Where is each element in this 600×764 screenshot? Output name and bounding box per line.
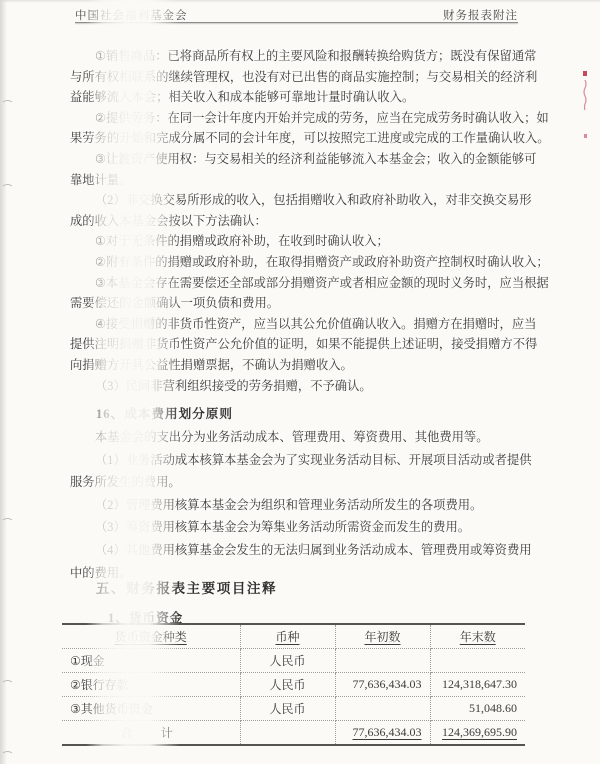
doc-title: 财务报表附注 — [443, 7, 518, 23]
text-line: ④接受捐赠的非货币性资产，应当以其公允价值确认收入。捐赠方在捐赠时，应当 — [70, 314, 560, 335]
scanned-financial-notes-page: 中国社会福利基金会 财务报表附注 ①销售商品：已将商品所有权上的主要风险和报酬转… — [0, 0, 600, 764]
table-row: ①现金 人民币 — [62, 649, 525, 673]
paper-curl-mark — [1, 184, 14, 194]
text-line: （3）筹资费用核算本基金会为筹集业务活动所需资金而发生的费用。 — [70, 516, 560, 539]
revenue-recognition-paragraphs: ①销售商品：已将商品所有权上的主要风险和报酬转换给购货方；既没有保留通常 与所有… — [70, 46, 560, 396]
table-header-row: 货币资金种类 币种 年初数 年末数 — [62, 624, 525, 649]
text-line: 益能够流入本会；相关收入和成本能够可靠地计量时确认收入。 — [70, 87, 560, 108]
table-row: ②银行存款 人民币 77,636,434.03 124,318,647.30 — [62, 673, 525, 697]
monetary-funds-table: 货币资金种类 币种 年初数 年末数 ①现金 人民币 ②银行存款 人民币 77,6… — [62, 623, 525, 746]
red-margin-annotation — [579, 70, 591, 145]
col-header-year-end: 年末数 — [460, 630, 496, 644]
cost-expense-paragraphs: 本基金会的支出分为业务活动成本、管理费用、筹资费用、其他费用等。 （1）业务活动… — [70, 426, 560, 584]
scan-left-edge — [0, 0, 7, 764]
cell-end: 51,048.60 — [430, 697, 525, 721]
cell-kind: ③其他货币资金 — [62, 697, 240, 721]
paper-curl-mark — [1, 100, 14, 110]
text-line: （2）管理费用核算本基金会为组织和管理业务活动所发生的各项费用。 — [70, 494, 560, 517]
table-total-row: 合 计 77,636,434.03 124,369,695.90 — [62, 721, 525, 746]
text-line: 与所有权相联系的继续管理权，也没有对已出售的商品实施控制；与交易相关的经济利 — [70, 67, 560, 88]
paper-curl-mark — [1, 518, 14, 528]
text-line: ①销售商品：已将商品所有权上的主要风险和报酬转换给购货方；既没有保留通常 — [70, 46, 560, 67]
cell-begin — [335, 697, 430, 721]
cell-total-begin: 77,636,434.03 — [353, 725, 422, 739]
scan-top-edge — [0, 0, 600, 3]
text-line: 向捐赠方开具公益性捐赠票据，不确认为捐赠收入。 — [70, 355, 560, 376]
table-row: ③其他货币资金 人民币 51,048.60 — [62, 697, 525, 721]
text-line: 成的收入本基金会按以下方法确认： — [70, 211, 560, 232]
text-line: 提供注明捐赠非货币性资产公允价值的证明，如果不能提供上述证明，接受捐赠方不得 — [70, 334, 560, 355]
heading-statement-notes: 五、财务报表主要项目注释 — [96, 577, 277, 597]
cell-total-end: 124,369,695.90 — [442, 725, 517, 739]
paper-curl-mark — [1, 680, 14, 690]
cell-kind: ①现金 — [62, 649, 240, 673]
org-name: 中国社会福利基金会 — [75, 7, 188, 23]
col-header-fund-type: 货币资金种类 — [115, 630, 187, 644]
text-line: （1）业务活动成本核算本基金会为了实现业务活动目标、开展项目活动或者提供 — [70, 449, 560, 472]
text-line: 果劳务的开始和完成分属不同的会计年度，可以按照完工进度或完成的工作量确认收入。 — [70, 128, 560, 149]
cell-end — [430, 649, 525, 673]
col-header-currency: 币种 — [275, 630, 299, 644]
text-line: ③让渡资产使用权：与交易相关的经济利益能够流入本基金会；收入的金额能够可 — [70, 149, 560, 170]
text-line: 靠地计量。 — [70, 170, 560, 191]
page-header: 中国社会福利基金会 财务报表附注 — [75, 7, 518, 23]
cell-currency: 人民币 — [240, 697, 335, 721]
heading-cost-expense-principle: 16、成本费用划分原则 — [96, 403, 233, 422]
text-line: ②提供劳务：在同一会计年度内开始并完成的劳务，应当在完成劳务时确认收入；如 — [70, 108, 560, 129]
cell-end: 124,318,647.30 — [430, 673, 525, 697]
col-header-year-begin: 年初数 — [364, 630, 400, 644]
text-line: （3）民间非营利组织接受的劳务捐赠，不予确认。 — [70, 376, 560, 397]
cell-currency: 人民币 — [240, 649, 335, 673]
text-line: 需要偿还的金额确认一项负债和费用。 — [70, 293, 560, 314]
cell-empty — [240, 721, 335, 746]
text-line: ③本基金会存在需要偿还全部或部分捐赠资产或者相应金额的现时义务时，应当根据 — [70, 273, 560, 294]
text-line: （4）其他费用核算基金会发生的无法归属到业务活动成本、管理费用或筹资费用 — [70, 539, 560, 562]
cell-begin: 77,636,434.03 — [335, 673, 430, 697]
text-line: （2）非交换交易所形成的收入，包括捐赠收入和政府补助收入，对非交换交易形 — [70, 190, 560, 211]
paper-curl-mark — [1, 751, 14, 761]
cell-currency: 人民币 — [240, 673, 335, 697]
cell-total-label: 合 计 — [62, 721, 240, 746]
header-rule — [75, 22, 518, 23]
text-line: ①对于无条件的捐赠或政府补助，在收到时确认收入； — [70, 231, 560, 252]
cell-begin — [335, 649, 430, 673]
text-line: ②附有条件的捐赠或政府补助，在取得捐赠资产或政府补助资产控制权时确认收入； — [70, 252, 560, 273]
text-line: 本基金会的支出分为业务活动成本、管理费用、筹资费用、其他费用等。 — [70, 426, 560, 449]
cell-kind: ②银行存款 — [62, 673, 240, 697]
text-line: 服务所发生的费用。 — [70, 471, 560, 494]
